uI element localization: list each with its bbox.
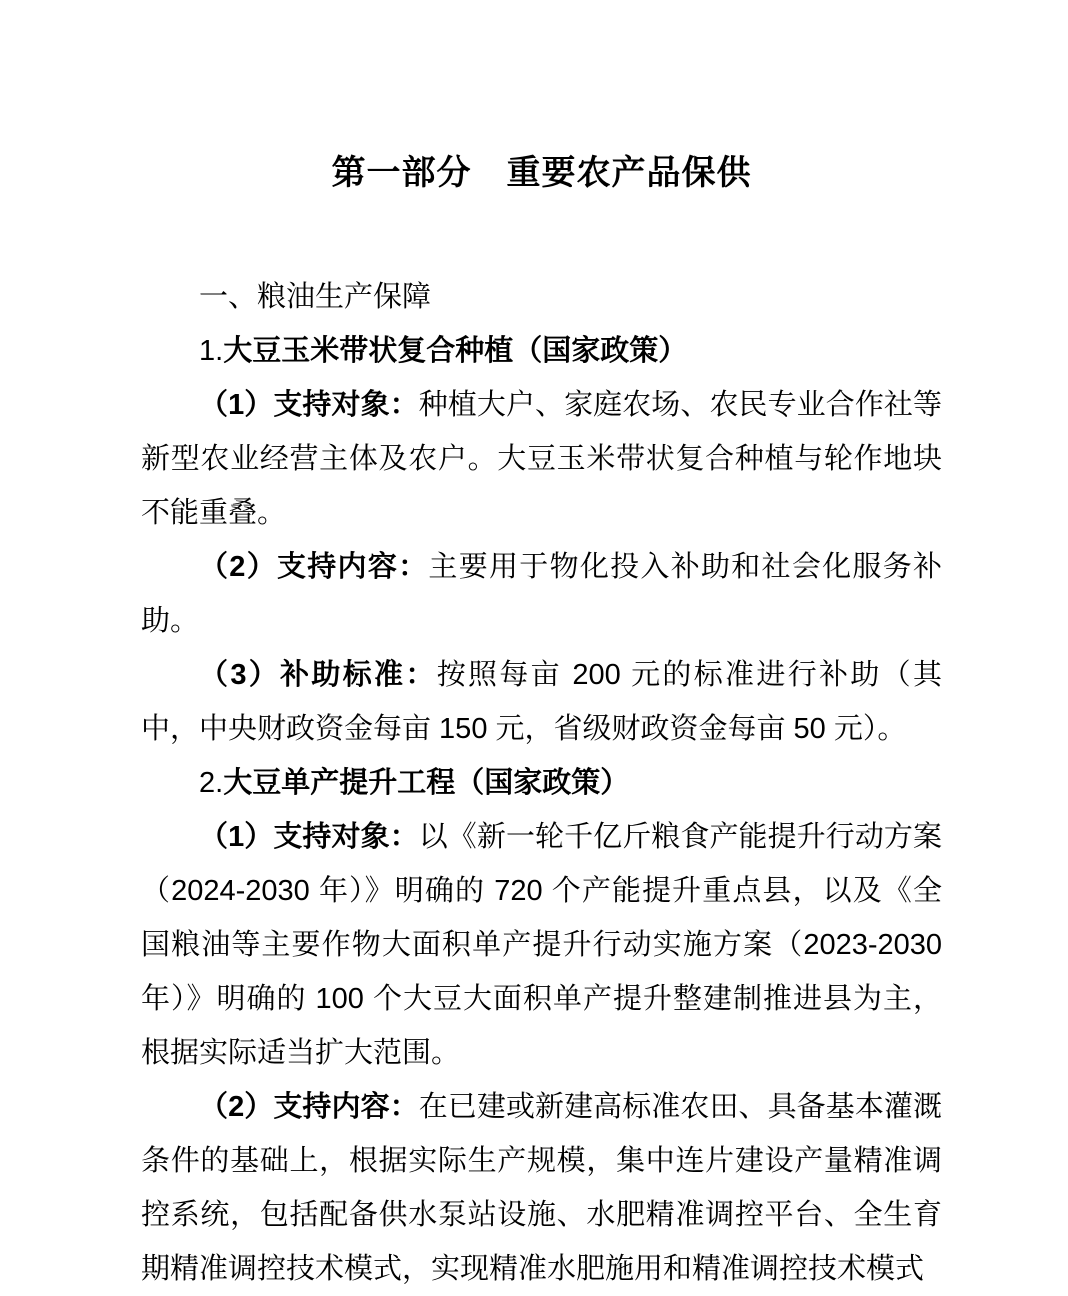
item-title-text: 大豆玉米带状复合种植（国家政策） [223,335,687,367]
paragraph-label: （1）支持对象： [199,389,419,421]
paragraph: （2）支持内容：在已建或新建高标准农田、具备基本灌溉条件的基础上，根据实际生产规… [141,1080,942,1296]
paragraph-label: （1）支持对象： [199,821,419,853]
item-number: 1. [199,335,223,367]
document-page: 第一部分 重要农产品保供 一、粮油生产保障 1.大豆玉米带状复合种植（国家政策）… [0,0,1068,1296]
paragraph-text: 以《新一轮千亿斤粮食产能提升行动方案（2024-2030 年）》明确的 720 … [141,821,942,1069]
item-title-1: 1.大豆玉米带状复合种植（国家政策） [141,324,942,378]
paragraph: （2）支持内容：主要用于物化投入补助和社会化服务补助。 [141,540,942,648]
document-body: 一、粮油生产保障 1.大豆玉米带状复合种植（国家政策） （1）支持对象：种植大户… [141,270,942,1296]
paragraph: （1）支持对象：种植大户、家庭农场、农民专业合作社等新型农业经营主体及农户。大豆… [141,378,942,540]
paragraph-label: （3）补助标准： [199,659,437,691]
section-heading: 一、粮油生产保障 [141,270,942,324]
paragraph: （3）补助标准：按照每亩 200 元的标准进行补助（其中，中央财政资金每亩 15… [141,648,942,756]
item-title-2: 2.大豆单产提升工程（国家政策） [141,756,942,810]
paragraph: （1）支持对象：以《新一轮千亿斤粮食产能提升行动方案（2024-2030 年）》… [141,810,942,1080]
paragraph-label: （2）支持内容： [199,1091,419,1123]
item-number: 2. [199,767,223,799]
document-title: 第一部分 重要农产品保供 [141,150,942,196]
paragraph-label: （2）支持内容： [199,551,428,583]
item-title-text: 大豆单产提升工程（国家政策） [223,767,629,799]
